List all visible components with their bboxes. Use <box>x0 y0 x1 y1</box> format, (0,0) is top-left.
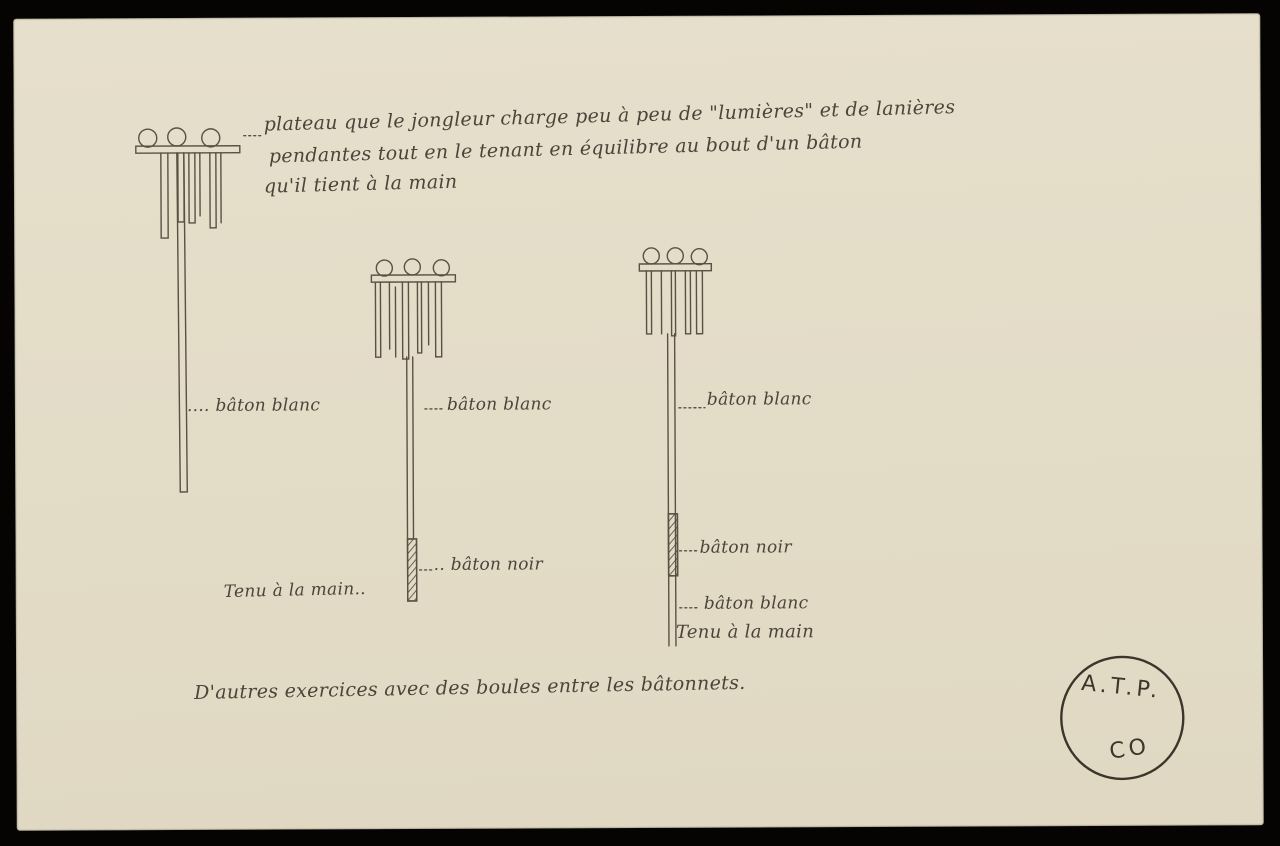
leader-dots: .. <box>354 579 366 599</box>
figure-3-label-white-bottom: bâton blanc <box>704 593 809 613</box>
figure-2-label-white-stick: bâton blanc <box>447 394 552 414</box>
figure-3-plateau-drawing <box>639 248 713 646</box>
figure-2-plateau-drawing <box>371 259 456 601</box>
label-text: Tenu à la main <box>224 579 355 602</box>
figure-3-label-held-in-hand: Tenu à la main <box>676 621 814 643</box>
leader-dots: .... <box>187 396 216 416</box>
leader-dots: .. <box>434 555 451 575</box>
figure-3-label-black-stick: bâton noir <box>700 537 792 557</box>
figure-3-label-white-stick: bâton blanc <box>707 389 812 409</box>
stamp-circle-icon <box>1057 653 1188 784</box>
atp-stamp: A.T.P. CO <box>1057 653 1188 784</box>
figure-2-label-black-stick: .. bâton noir <box>434 554 543 574</box>
label-text: bâton noir <box>451 554 543 574</box>
figure-2-label-held-in-hand: Tenu à la main.. <box>224 579 367 602</box>
label-text: bâton blanc <box>215 395 320 415</box>
index-card: plateau que le jongleur charge peu à peu… <box>13 13 1264 830</box>
figure-1-plateau-drawing <box>136 128 242 492</box>
figure-1-label-white-stick: .... bâton blanc <box>187 395 320 416</box>
